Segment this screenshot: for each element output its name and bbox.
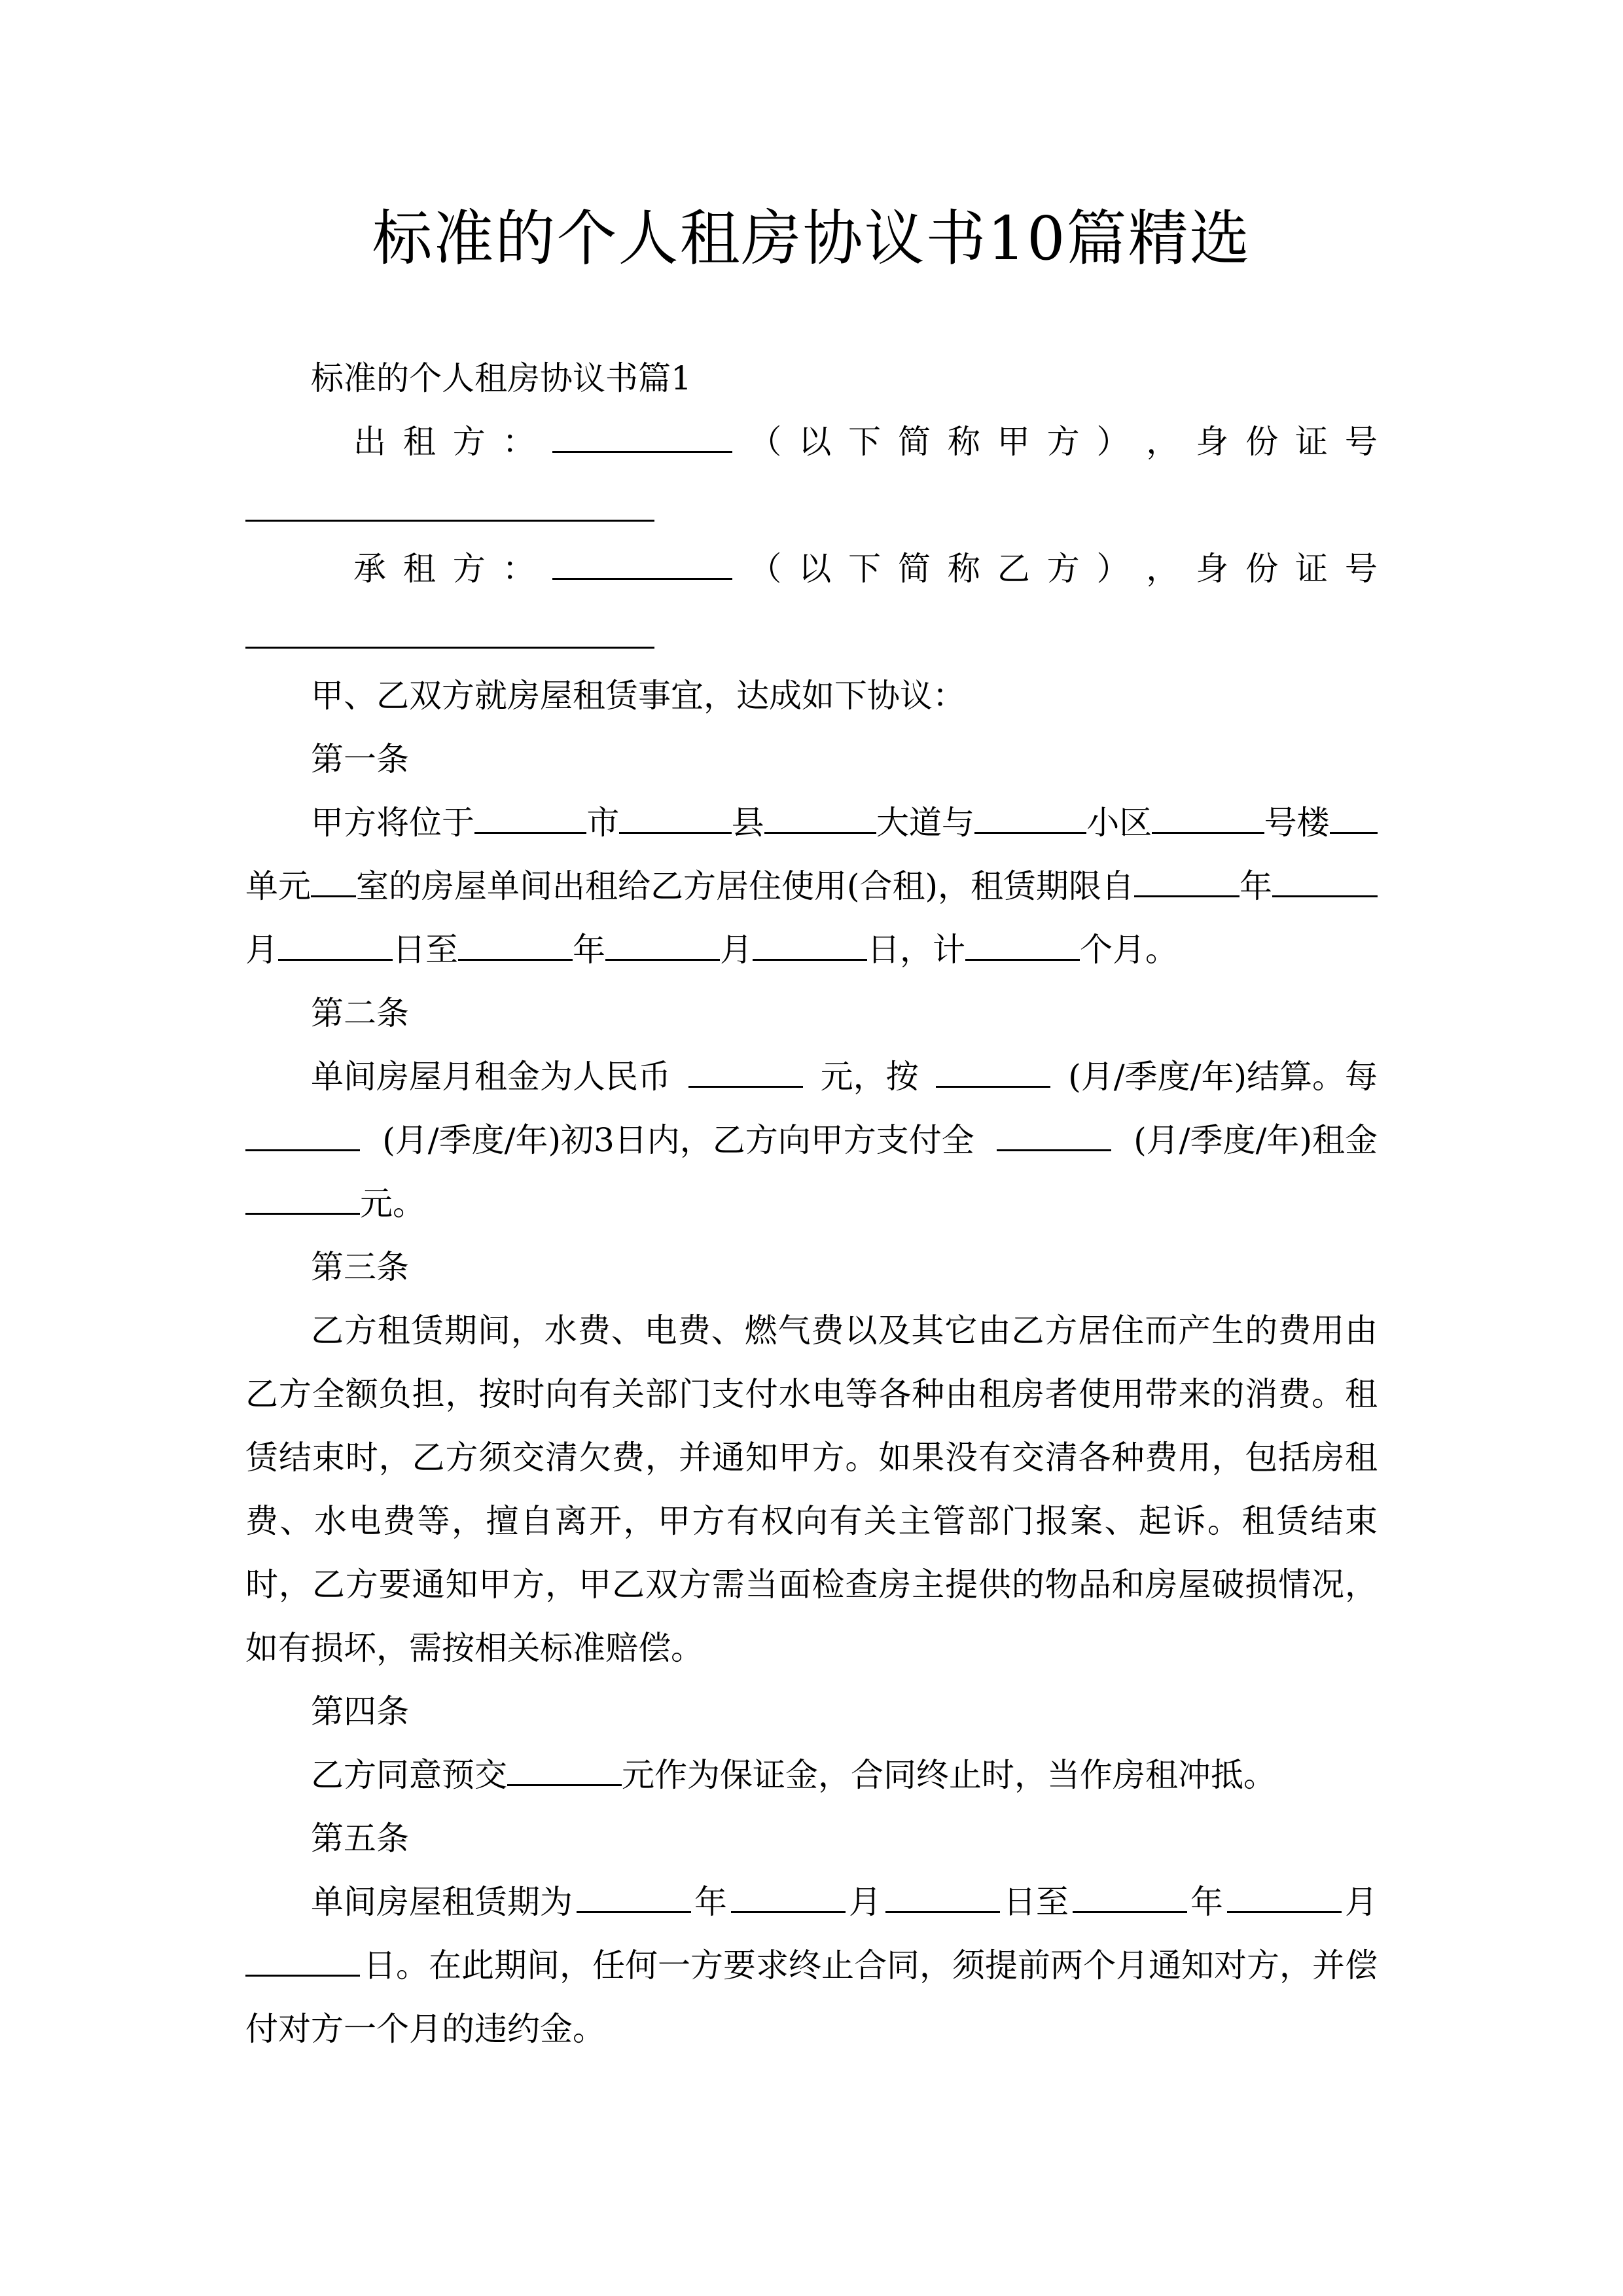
article-4-heading: 第四条 (245, 1680, 1378, 1744)
lessee-name-blank[interactable] (552, 552, 732, 580)
document-body: 标准的个人租房协议书篇1 出 租 方 ： （ 以 下 简 称 甲 方 ） ， 身… (245, 347, 1378, 2061)
section-heading: 标准的个人租房协议书篇1 (245, 347, 1378, 410)
article-text: 单间房屋租赁期为 (311, 1871, 573, 1934)
article-4-line-1: 乙方同意预交 元作为保证金，合同终止时，当作房租冲抵。 (245, 1744, 1378, 1807)
lessor-text-char: ） (1097, 410, 1130, 474)
article-text: (月/季度/年)租金 (1133, 1109, 1378, 1172)
unit-blank[interactable] (1330, 806, 1378, 834)
lessee-text-char: 称 (948, 537, 980, 601)
article-text: 乙方同意预交 (311, 1744, 507, 1807)
lessor-text-char: 称 (948, 410, 980, 474)
community-blank[interactable] (974, 806, 1086, 834)
start-year-blank[interactable] (1134, 869, 1240, 897)
lessee-text-char: 号 (1345, 537, 1378, 601)
article-text: 县 (732, 791, 764, 855)
lessor-id-blank[interactable] (245, 493, 654, 522)
article-text: 大道与 (876, 791, 974, 855)
lessee-label-char: 方 (453, 537, 486, 601)
lessee-label-char: 租 (403, 537, 436, 601)
article-text: 元。 (360, 1172, 425, 1236)
lessor-text-char: 甲 (997, 410, 1030, 474)
room-blank[interactable] (311, 869, 356, 897)
intro-paragraph: 甲、乙双方就房屋租赁事宜，达成如下协议： (245, 664, 1378, 728)
lessor-text-char: 以 (798, 410, 831, 474)
total-months-blank[interactable] (965, 933, 1080, 961)
lease-start-year-blank[interactable] (577, 1885, 691, 1913)
lessor-text-char: 简 (898, 410, 931, 474)
lessor-text-char: 证 (1295, 410, 1328, 474)
article-1-line-3: 月 日至 年 月 日，计 个月。 (245, 918, 1378, 982)
lessor-label-char: 租 (403, 410, 436, 474)
settlement-period-blank[interactable] (936, 1060, 1050, 1088)
lessee-text-char: ） (1097, 537, 1130, 601)
lessor-text-char: （ (749, 410, 781, 474)
article-text: 年 (1190, 1871, 1223, 1934)
payment-period-blank[interactable] (245, 1123, 360, 1151)
article-text: 元作为保证金，合同终止时，当作房租冲抵。 (622, 1744, 1276, 1807)
end-month-blank[interactable] (605, 933, 720, 961)
article-text: 日至 (1003, 1871, 1069, 1934)
article-1-line-1: 甲方将位于 市 县 大道与 小区 号楼 (245, 791, 1378, 855)
lessor-label-char: ： (503, 410, 535, 474)
article-2-heading: 第二条 (245, 982, 1378, 1045)
lessor-label-char: 方 (453, 410, 486, 474)
document-title: 标准的个人租房协议书10篇精选 (0, 196, 1623, 281)
article-text: 年 (694, 1871, 727, 1934)
article-text: 年 (573, 918, 605, 982)
lessee-text-char: （ (749, 537, 781, 601)
lessee-text-char: 以 (798, 537, 831, 601)
lessee-text-char: 方 (1047, 537, 1080, 601)
start-month-blank[interactable] (1272, 869, 1378, 897)
lessee-id-line (245, 601, 1378, 664)
lessor-text-char: 下 (848, 410, 881, 474)
lessee-text-char: 身 (1196, 537, 1228, 601)
article-text: 日。在此期间，任何一方要求终止合同，须提前两个月通知对方，并偿 (363, 1934, 1378, 1998)
lessee-text-char: 乙 (997, 537, 1030, 601)
lessee-label-char: ： (503, 537, 535, 601)
article-2-line-2: (月/季度/年)初3日内，乙方向甲方支付全 (月/季度/年)租金 (245, 1109, 1378, 1172)
building-blank[interactable] (1152, 806, 1264, 834)
lease-end-month-blank[interactable] (1227, 1885, 1342, 1913)
article-text: 月 (1345, 1871, 1378, 1934)
article-text: 元，按 (821, 1045, 919, 1109)
article-text: 市 (586, 791, 619, 855)
article-text: 号楼 (1264, 791, 1330, 855)
article-text: 月 (245, 918, 278, 982)
article-5-line-2: 日。在此期间，任何一方要求终止合同，须提前两个月通知对方，并偿 (245, 1934, 1378, 1998)
article-2-line-3: 元。 (245, 1172, 1378, 1236)
document-page: 标准的个人租房协议书10篇精选 标准的个人租房协议书篇1 出 租 方 ： （ 以… (0, 0, 1623, 2296)
article-5-heading: 第五条 (245, 1807, 1378, 1871)
lease-end-year-blank[interactable] (1073, 1885, 1187, 1913)
lessor-label-char: 出 (353, 410, 386, 474)
lessee-line: 承 租 方 ： （ 以 下 简 称 乙 方 ） ， 身 份 证 号 (245, 537, 1378, 601)
lessor-text-char: 号 (1345, 410, 1378, 474)
article-text: 日至 (393, 918, 458, 982)
article-text: 单元 (245, 855, 311, 918)
deposit-blank[interactable] (507, 1758, 622, 1786)
end-day-blank[interactable] (753, 933, 867, 961)
lessor-text-char: 方 (1047, 410, 1080, 474)
article-5-line-1: 单间房屋租赁期为 年 月 日至 年 月 (245, 1871, 1378, 1934)
lessor-line: 出 租 方 ： （ 以 下 简 称 甲 方 ） ， 身 份 证 号 (245, 410, 1378, 474)
article-text: 日，计 (867, 918, 965, 982)
rent-amount-blank[interactable] (245, 1187, 360, 1215)
article-3-text: 乙方租赁期间，水费、电费、燃气费以及其它由乙方居住而产生的费用由乙方全额负担，按… (245, 1299, 1378, 1680)
avenue-blank[interactable] (764, 806, 876, 834)
article-text: 月 (720, 918, 753, 982)
lessor-text-char: 份 (1245, 410, 1278, 474)
article-5-line-3: 付对方一个月的违约金。 (245, 1998, 1378, 2061)
monthly-rent-blank[interactable] (688, 1060, 803, 1088)
lessee-text-char: 简 (898, 537, 931, 601)
article-1-heading: 第一条 (245, 728, 1378, 791)
lessee-text-char: ， (1146, 537, 1179, 601)
lessor-name-blank[interactable] (552, 425, 732, 453)
article-1-line-2: 单元 室的房屋单间出租给乙方居住使用(合租)，租赁期限自 年 (245, 855, 1378, 918)
start-day-blank[interactable] (278, 933, 393, 961)
county-blank[interactable] (619, 806, 731, 834)
article-text: 小区 (1086, 791, 1152, 855)
article-text: 单间房屋月租金为人民币 (311, 1045, 671, 1109)
article-text: (月/季度/年)结算。每 (1068, 1045, 1378, 1109)
lease-end-day-blank[interactable] (245, 1948, 360, 1977)
lessee-text-char: 证 (1295, 537, 1328, 601)
article-3-heading: 第三条 (245, 1236, 1378, 1299)
article-text: 个月。 (1080, 918, 1178, 982)
city-blank[interactable] (474, 806, 586, 834)
lessee-id-blank[interactable] (245, 620, 654, 649)
article-2-line-1: 单间房屋月租金为人民币 元，按 (月/季度/年)结算。每 (245, 1045, 1378, 1109)
article-text: (月/季度/年)初3日内，乙方向甲方支付全 (382, 1109, 974, 1172)
payment-term-blank[interactable] (997, 1123, 1111, 1151)
lessee-text-char: 份 (1245, 537, 1278, 601)
lease-start-day-blank[interactable] (885, 1885, 1000, 1913)
article-text: 年 (1240, 855, 1272, 918)
article-text: 室的房屋单间出租给乙方居住使用(合租)，租赁期限自 (356, 855, 1134, 918)
lease-start-month-blank[interactable] (731, 1885, 846, 1913)
article-text: 甲方将位于 (311, 791, 474, 855)
lessor-text-char: 身 (1196, 410, 1228, 474)
lessor-text-char: ， (1146, 410, 1179, 474)
article-text: 月 (849, 1871, 882, 1934)
lessor-id-line (245, 474, 1378, 537)
end-year-blank[interactable] (458, 933, 573, 961)
lessee-text-char: 下 (848, 537, 881, 601)
lessee-label-char: 承 (353, 537, 386, 601)
